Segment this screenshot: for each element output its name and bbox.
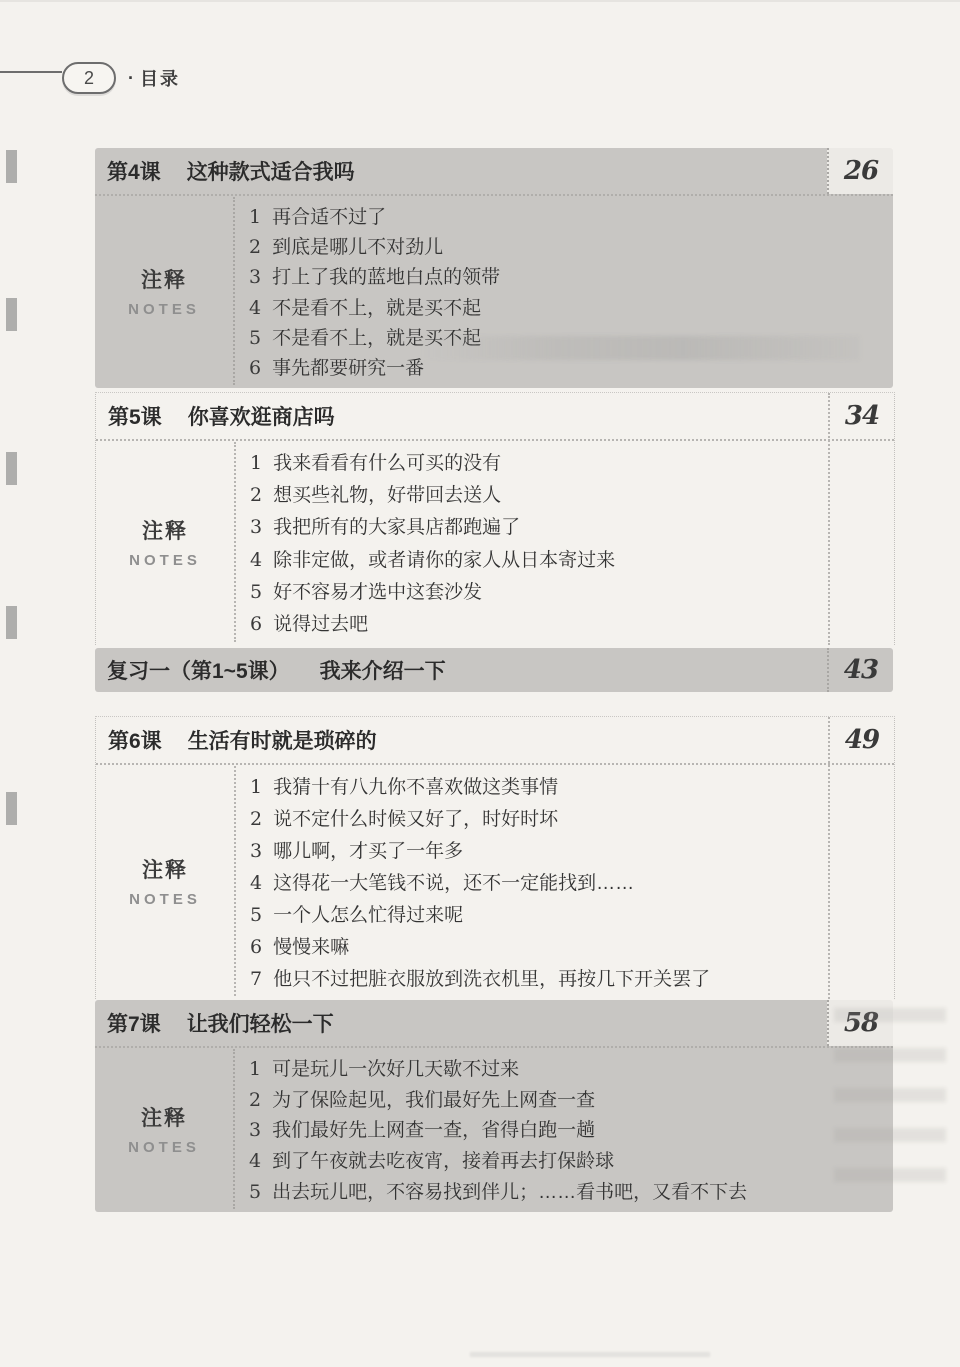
lesson-5-page-number: 34 [830, 393, 894, 439]
note-item: 6事先都要研究一番 [249, 353, 823, 380]
notes-label-en: NOTES [128, 1139, 200, 1156]
page-number-badge: 2 [62, 62, 116, 94]
lesson-number: 第5课 [108, 401, 162, 431]
note-item: 4到了午夜就去吃夜宵，接着再去打保龄球 [249, 1146, 823, 1173]
notes-label: 注释 NOTES [96, 763, 234, 999]
toc-section-review-1: 复习一（第1~5课） 我来介绍一下 43 [95, 648, 893, 692]
note-item: 2为了保险起见，我们最好先上网查一查 [249, 1085, 823, 1112]
note-item: 1再合适不过了 [249, 202, 823, 229]
notes-label-zh: 注释 [141, 264, 187, 294]
lesson-4-notes: 注释 NOTES 1再合适不过了 2到底是哪儿不对劲儿 3打上了我的蓝地白点的领… [95, 194, 893, 388]
notes-label-zh: 注释 [142, 515, 188, 545]
review-1-page-number: 43 [827, 648, 893, 692]
binding-mark [6, 606, 17, 639]
note-item: 6说得过去吧 [250, 609, 824, 636]
lesson-4-page-number: 26 [827, 148, 893, 194]
note-item: 3哪儿啊，才买了一年多 [250, 836, 824, 863]
notes-label-en: NOTES [129, 552, 201, 569]
note-item: 4不是看不上，就是买不起 [249, 293, 823, 320]
lesson-title: 这种款式适合我吗 [187, 156, 355, 186]
note-item: 5不是看不上，就是买不起 [249, 323, 823, 350]
note-item: 3我把所有的大家具店都跑遍了 [250, 512, 824, 539]
notes-label-zh: 注释 [142, 854, 188, 884]
lesson-title: 让我们轻松一下 [187, 1008, 334, 1038]
lesson-number: 第4课 [107, 156, 161, 186]
note-item: 5一个人怎么忙得过来呢 [250, 900, 824, 927]
lesson-number: 第7课 [107, 1008, 161, 1038]
page-number: 2 [84, 68, 94, 89]
note-item: 4除非定做，或者请你的家人从日本寄过来 [250, 545, 824, 572]
scanned-toc-page: 2 · 目录 第4课 这种款式适合我吗 26 注释 NOTES 1再合适不过了 … [0, 0, 960, 1367]
note-item: 5好不容易才选中这套沙发 [250, 577, 824, 604]
review-number: 复习一（第1~5课） [107, 655, 290, 685]
notes-label: 注释 NOTES [96, 439, 234, 645]
lesson-7-header: 第7课 让我们轻松一下 58 [95, 1000, 893, 1048]
lesson-6-header: 第6课 生活有时就是琐碎的 49 [96, 717, 894, 765]
notes-label: 注释 NOTES [95, 194, 233, 388]
lesson-5-notes: 注释 NOTES 1我来看看有什么可买的没有 2想买些礼物，好带回去送人 3我把… [96, 439, 894, 645]
note-item: 6慢慢来嘛 [250, 932, 824, 959]
binding-mark [6, 792, 17, 825]
lesson-7-notes: 注释 NOTES 1可是玩儿一次好几天歇不过来 2为了保险起见，我们最好先上网查… [95, 1046, 893, 1212]
tab-line [0, 71, 62, 73]
scan-edge-line [0, 0, 960, 2]
note-item: 3打上了我的蓝地白点的领带 [249, 262, 823, 289]
note-item: 1可是玩儿一次好几天歇不过来 [249, 1054, 823, 1081]
toc-section-lesson-7: 第7课 让我们轻松一下 58 注释 NOTES 1可是玩儿一次好几天歇不过来 2… [95, 1000, 893, 1212]
scan-smudge [470, 1352, 710, 1357]
note-item: 4这得花一大笔钱不说，还不一定能找到…… [250, 868, 824, 895]
lesson-6-page-number: 49 [830, 717, 894, 763]
binding-mark [6, 452, 17, 485]
note-item: 2说不定什么时候又好了，时好时坏 [250, 804, 824, 831]
toc-section-lesson-5: 第5课 你喜欢逛商店吗 34 注释 NOTES 1我来看看有什么可买的没有 2想… [95, 392, 895, 645]
toc-section-lesson-6: 第6课 生活有时就是琐碎的 49 注释 NOTES 1我猜十有八九你不喜欢做这类… [95, 716, 895, 999]
header-separator: · [128, 68, 134, 89]
lesson-title: 生活有时就是琐碎的 [188, 725, 377, 755]
lesson-4-header: 第4课 这种款式适合我吗 26 [95, 148, 893, 196]
notes-label-zh: 注释 [141, 1102, 187, 1132]
note-item: 1我猜十有八九你不喜欢做这类事情 [250, 772, 824, 799]
binding-mark [6, 150, 17, 183]
notes-label-en: NOTES [129, 891, 201, 908]
review-title: 我来介绍一下 [320, 655, 446, 685]
lesson-number: 第6课 [108, 725, 162, 755]
page-title: 目录 [140, 65, 180, 91]
page-header: 2 · 目录 [0, 62, 180, 94]
note-item: 2想买些礼物，好带回去送人 [250, 480, 824, 507]
toc-section-lesson-4: 第4课 这种款式适合我吗 26 注释 NOTES 1再合适不过了 2到底是哪儿不… [95, 148, 893, 388]
note-item: 3我们最好先上网查一查，省得白跑一趟 [249, 1115, 823, 1142]
note-item: 2到底是哪儿不对劲儿 [249, 232, 823, 259]
lesson-title: 你喜欢逛商店吗 [188, 401, 335, 431]
note-item: 5出去玩儿吧，不容易找到伴儿；……看书吧，又看不下去 [249, 1177, 823, 1204]
binding-mark [6, 298, 17, 331]
notes-label: 注释 NOTES [95, 1046, 233, 1212]
note-item: 1我来看看有什么可买的没有 [250, 448, 824, 475]
lesson-6-notes: 注释 NOTES 1我猜十有八九你不喜欢做这类事情 2说不定什么时候又好了，时好… [96, 763, 894, 999]
lesson-7-page-number: 58 [827, 1000, 893, 1046]
note-item: 7他只不过把脏衣服放到洗衣机里，再按几下开关罢了 [250, 964, 824, 991]
lesson-5-header: 第5课 你喜欢逛商店吗 34 [96, 393, 894, 441]
notes-label-en: NOTES [128, 301, 200, 318]
